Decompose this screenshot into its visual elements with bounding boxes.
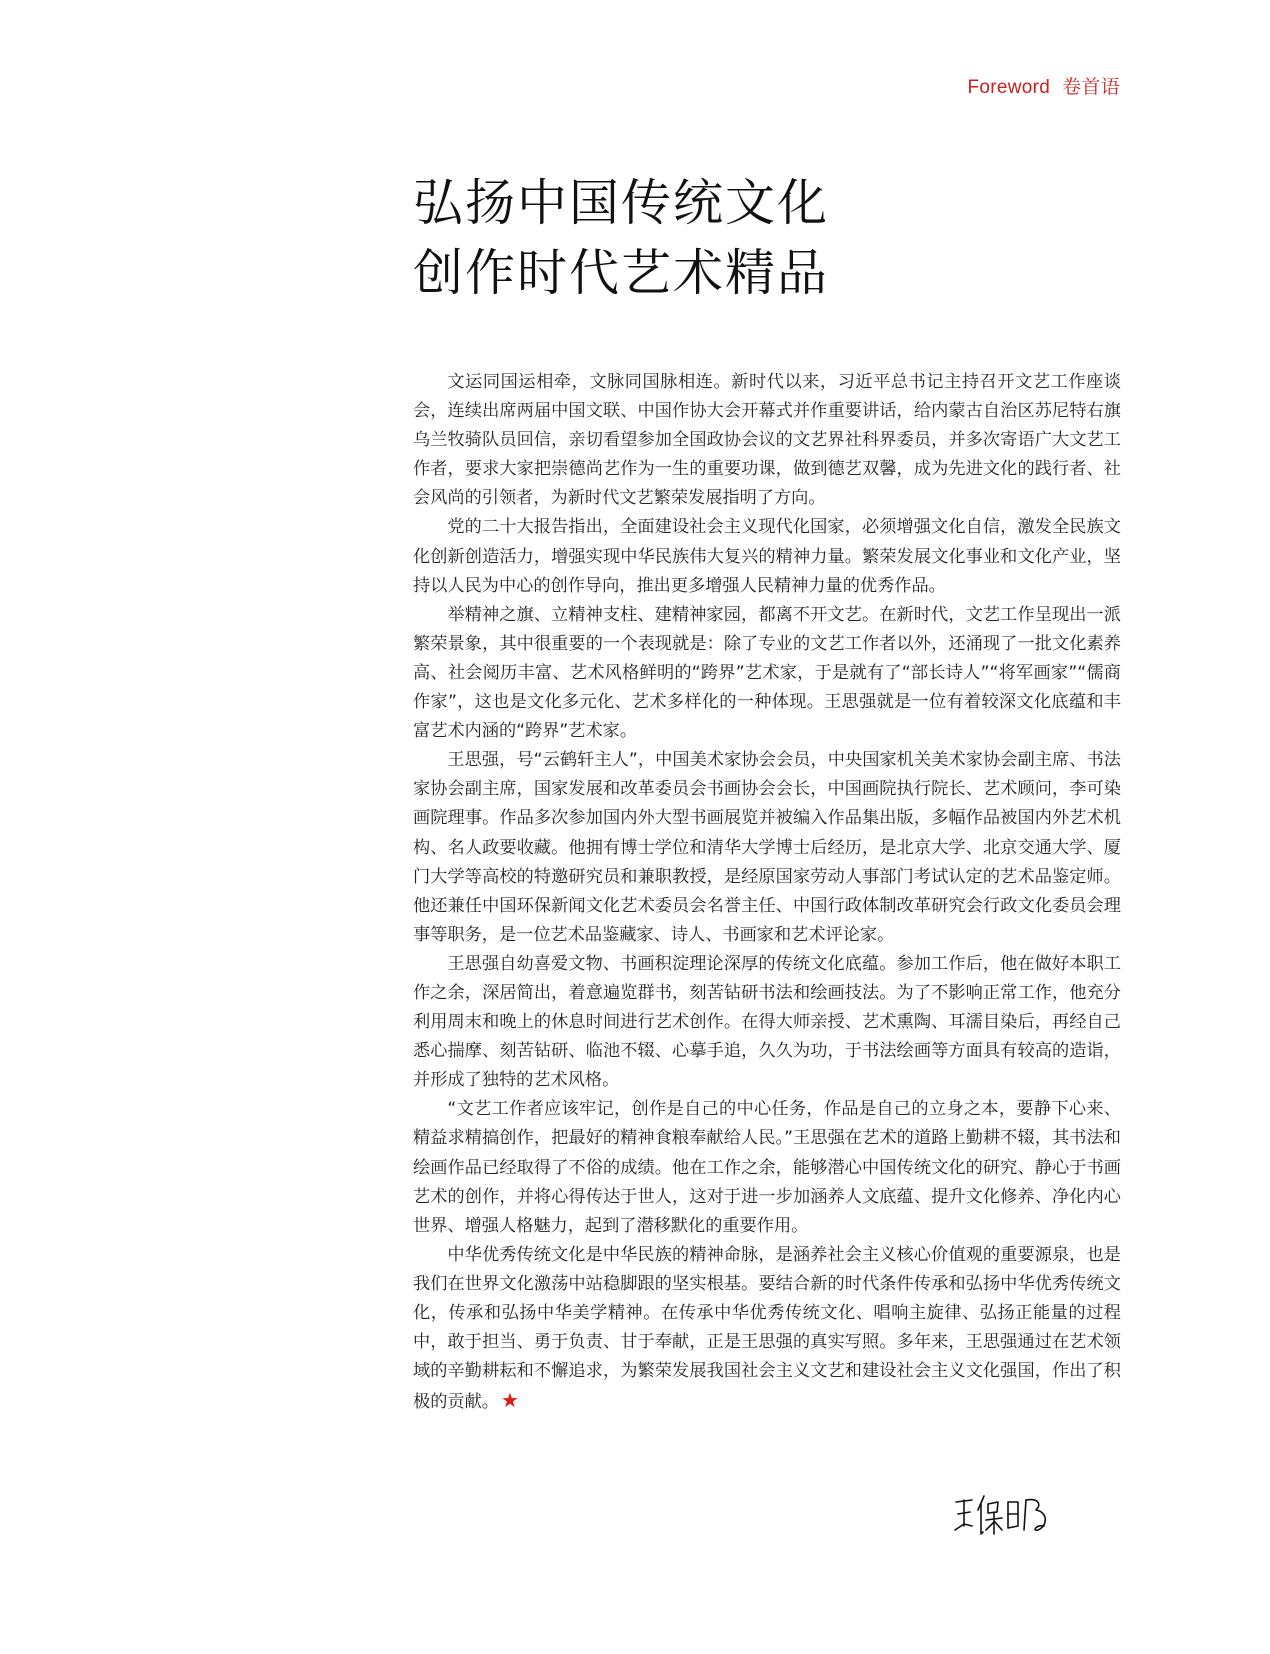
signature-icon [952, 1490, 1072, 1540]
section-label: Foreword卷首语 [967, 72, 1120, 99]
title-line-2: 创作时代艺术精品 [413, 238, 829, 308]
paragraph-4: 王思强，号“云鹤轩主人”，中国美术家协会会员，中央国家机关美术家协会副主席、书法… [413, 746, 1121, 950]
section-label-en: Foreword [967, 77, 1050, 98]
paragraph-2: 党的二十大报告指出，全面建设社会主义现代化国家，必须增强文化自信，激发全民族文化… [413, 513, 1121, 600]
title-line-1: 弘扬中国传统文化 [413, 168, 829, 238]
paragraph-5: 王思强自幼喜爱文物、书画积淀理论深厚的传统文化底蕴。参加工作后，他在做好本职工作… [413, 950, 1121, 1095]
paragraph-3: 举精神之旗、立精神支柱、建精神家园，都离不开文艺。在新时代，文艺工作呈现出一派繁… [413, 601, 1121, 746]
paragraph-1: 文运同国运相牵，文脉同国脉相连。新时代以来，习近平总书记主持召开文艺工作座谈会，… [413, 368, 1121, 513]
paragraph-7-text: 中华优秀传统文化是中华民族的精神命脉，是涵养社会主义核心价值观的重要源泉，也是我… [413, 1245, 1121, 1412]
end-star-icon: ★ [501, 1388, 519, 1412]
section-label-zh: 卷首语 [1062, 77, 1120, 98]
paragraph-7: 中华优秀传统文化是中华民族的精神命脉，是涵养社会主义核心价值观的重要源泉，也是我… [413, 1241, 1121, 1418]
paragraph-6: “文艺工作者应该牢记，创作是自己的中心任务，作品是自己的立身之本，要静下心来、精… [413, 1095, 1121, 1240]
page-title: 弘扬中国传统文化 创作时代艺术精品 [413, 168, 829, 308]
article-body: 文运同国运相牵，文脉同国脉相连。新时代以来，习近平总书记主持召开文艺工作座谈会，… [413, 368, 1121, 1417]
